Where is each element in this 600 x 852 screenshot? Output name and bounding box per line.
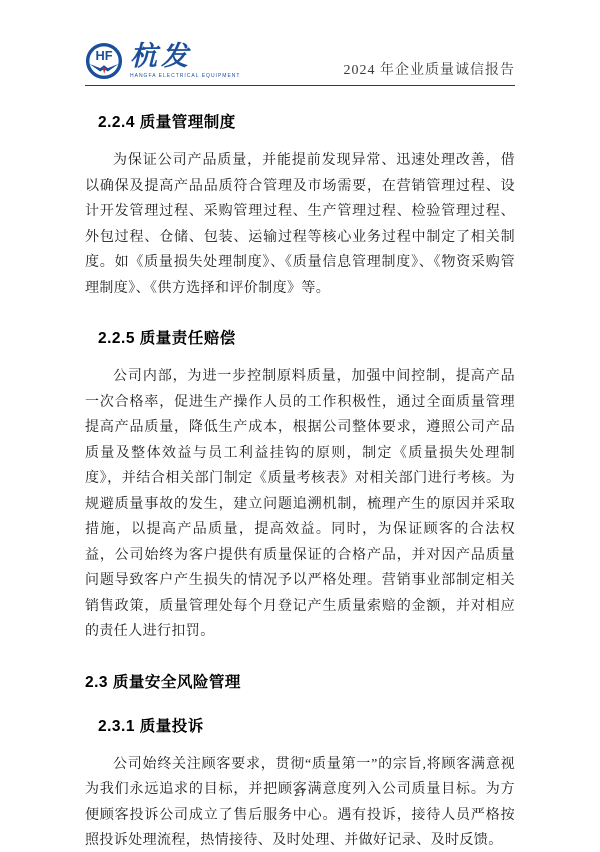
section-heading-2-3: 2.3 质量安全风险管理: [85, 670, 515, 692]
brand-name-cn: 杭发: [130, 43, 240, 71]
section-heading-2-3-1: 2.3.1 质量投诉: [85, 714, 515, 736]
company-logo: HF 杭发 HANGFA ELECTRICAL EQUIPMENT: [85, 42, 240, 80]
section-heading-2-2-5: 2.2.5 质量责任赔偿: [85, 326, 515, 348]
svg-text:HF: HF: [95, 48, 112, 63]
section-heading-2-2-4: 2.2.4 质量管理制度: [85, 110, 515, 132]
brand-name-en: HANGFA ELECTRICAL EQUIPMENT: [130, 73, 240, 79]
section-paragraph-2-2-5: 公司内部，为进一步控制原料质量，加强中间控制，提高产品一次合格率，促进生产操作人…: [85, 364, 515, 645]
document-body: 2.2.4 质量管理制度 为保证公司产品质量，并能提前发现异常、迅速处理改善，借…: [85, 104, 515, 852]
section-paragraph-2-3-1: 公司始终关注顾客要求，贯彻“质量第一”的宗旨,将顾客满意视为我们永远追求的目标，…: [85, 752, 515, 852]
brand-text-block: 杭发 HANGFA ELECTRICAL EQUIPMENT: [130, 43, 240, 79]
report-title: 2024 年企业质量诚信报告: [344, 59, 516, 80]
page-number: 27: [0, 787, 600, 799]
section-paragraph-2-2-4: 为保证公司产品质量，并能提前发现异常、迅速处理改善，借以确保及提高产品品质符合管…: [85, 148, 515, 301]
page-header: HF 杭发 HANGFA ELECTRICAL EQUIPMENT 2024 年…: [85, 42, 515, 86]
report-page: HF 杭发 HANGFA ELECTRICAL EQUIPMENT 2024 年…: [0, 0, 600, 852]
hf-globe-logo-icon: HF: [85, 42, 123, 80]
